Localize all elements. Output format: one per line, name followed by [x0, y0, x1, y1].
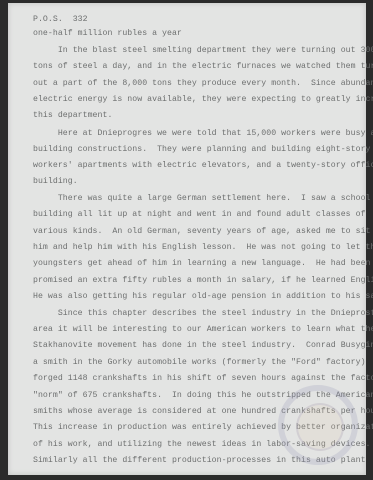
page-header: P.O.S. 332: [33, 15, 88, 25]
text-line: various kinds. An old German, seventy ye…: [33, 227, 373, 237]
text-line: Stakhanovite movement has done in the st…: [33, 341, 373, 351]
text-line: Since this chapter describes the steel i…: [33, 309, 373, 319]
text-line: him and help him with his English lesson…: [33, 243, 373, 253]
text-line: building.: [33, 177, 78, 187]
text-line: forged 1148 crankshafts in his shift of …: [33, 374, 373, 384]
text-line: building constructions. They were planni…: [33, 145, 371, 155]
text-line: building all lit up at night and went in…: [33, 210, 366, 220]
text-line: electric energy is now available, they w…: [33, 95, 373, 105]
university-seal-stamp: [278, 385, 358, 465]
text-line: area it will be interesting to our Ameri…: [33, 325, 373, 335]
text-line: workers' apartments with electric elevat…: [33, 161, 373, 171]
text-line: youngsters get ahead of him in learning …: [33, 259, 371, 269]
text-line: tons of steel a day, and in the electric…: [33, 62, 373, 72]
text-line: promised an extra fifty rubles a month i…: [33, 276, 373, 286]
seal-center: [296, 403, 344, 451]
text-line: He was also getting his regular old-age …: [33, 292, 373, 302]
text-line: this department.: [33, 111, 112, 121]
text-line: In the blast steel smelting department t…: [33, 46, 373, 56]
text-line: a smith in the Gorky automobile works (f…: [33, 358, 366, 368]
text-line: one-half million rubles a year: [33, 29, 182, 39]
text-line: There was quite a large German settlemen…: [33, 194, 371, 204]
text-line: out a part of the 8,000 tons they produc…: [33, 79, 373, 89]
text-line: Here at Dnieprogres we were told that 15…: [33, 129, 373, 139]
